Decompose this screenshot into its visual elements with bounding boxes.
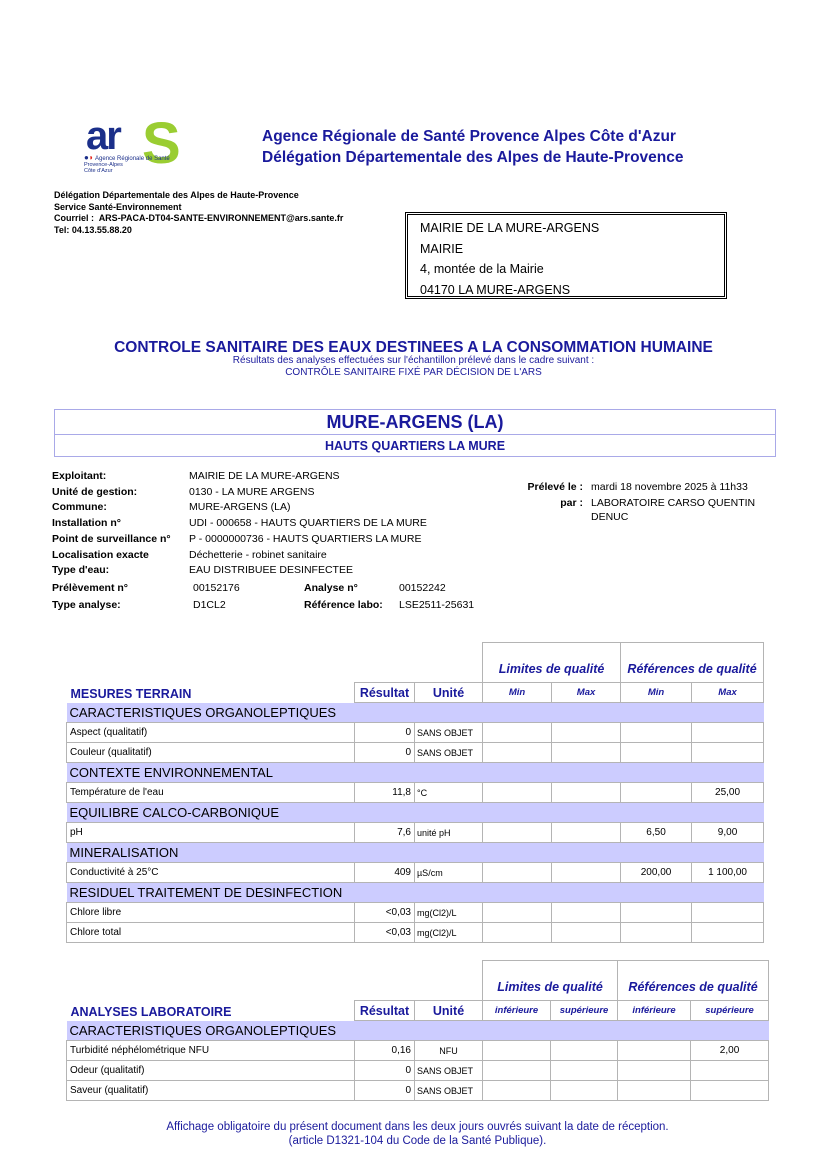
limit-min-value xyxy=(483,723,552,743)
parameter-name: Chlore total xyxy=(67,923,355,943)
sender-block: Délégation Départementale des Alpes de H… xyxy=(54,190,343,236)
sender-email: Courriel : ARS-PACA-DT04-SANTE-ENVIRONNE… xyxy=(54,213,343,225)
commune-title: MURE-ARGENS (LA) xyxy=(55,410,775,435)
limits-group-header: Limites de qualité xyxy=(483,643,621,683)
sender-phone: Tel: 04.13.55.88.20 xyxy=(54,225,343,237)
reference-min-value xyxy=(621,923,692,943)
reference-min-value: 6,50 xyxy=(621,823,692,843)
parameter-name: Température de l'eau xyxy=(67,783,355,803)
lim-inf-header: inférieure xyxy=(483,1001,551,1021)
commune-value: MURE-ARGENS (LA) xyxy=(189,500,427,516)
exploitant-value: MAIRIE DE LA MURE-ARGENS xyxy=(189,469,427,485)
limit-min-value xyxy=(483,1041,551,1061)
section-title: CONTEXTE ENVIRONNEMENTAL xyxy=(67,763,764,783)
result-value: 0 xyxy=(355,743,415,763)
limit-max-value xyxy=(552,923,621,943)
unite-value: 0130 - LA MURE ARGENS xyxy=(189,485,427,501)
lim-max-header: Max xyxy=(552,683,621,703)
result-value: 11,8 xyxy=(355,783,415,803)
table-row: Température de l'eau11,8°C25,00 xyxy=(67,783,764,803)
unit-header: Unité xyxy=(415,1001,483,1021)
logo-tagline: ●◗ Agence Régionale de Santé xyxy=(84,153,170,162)
unit-value: mg(Cl2)/L xyxy=(415,903,483,923)
limit-min-value xyxy=(483,923,552,943)
preleve-le-value: mardi 18 novembre 2025 à 11h33 xyxy=(591,481,748,493)
reference-min-value: 200,00 xyxy=(621,863,692,883)
place-box: MURE-ARGENS (LA) HAUTS QUARTIERS LA MURE xyxy=(54,409,776,457)
agency-line-2: Délégation Départementale des Alpes de H… xyxy=(262,147,684,168)
section-header: RESIDUEL TRAITEMENT DE DESINFECTION xyxy=(67,883,764,903)
result-value: 409 xyxy=(355,863,415,883)
info-values: MAIRIE DE LA MURE-ARGENS 0130 - LA MURE … xyxy=(189,469,427,579)
reference-min-value xyxy=(621,783,692,803)
section-header: CARACTERISTIQUES ORGANOLEPTIQUES xyxy=(67,1021,769,1041)
preleve-le-label: Prélevé le : xyxy=(500,481,583,493)
limit-min-value xyxy=(483,1061,551,1081)
section-title: CARACTERISTIQUES ORGANOLEPTIQUES xyxy=(67,1021,769,1041)
footer-notice: Affichage obligatoire du présent documen… xyxy=(0,1120,827,1148)
table-row: Conductivité à 25°C409µS/cm200,001 100,0… xyxy=(67,863,764,883)
section-header: MINERALISATION xyxy=(67,843,764,863)
parameter-name: Saveur (qualitatif) xyxy=(67,1081,355,1101)
ref-min-header: Min xyxy=(621,683,692,703)
result-header: Résultat xyxy=(355,683,415,703)
unit-value: °C xyxy=(415,783,483,803)
result-header: Résultat xyxy=(355,1001,415,1021)
references-group-header: Références de qualité xyxy=(618,961,769,1001)
section-header: EQUILIBRE CALCO-CARBONIQUE xyxy=(67,803,764,823)
limit-max-value xyxy=(552,823,621,843)
limits-group-header: Limites de qualité xyxy=(483,961,618,1001)
reference-min-value xyxy=(618,1061,691,1081)
limit-min-value xyxy=(483,863,552,883)
parameter-name: Chlore libre xyxy=(67,903,355,923)
logo-region: Provence-Alpes Côte d'Azur xyxy=(84,162,123,174)
ref-labo-value: LSE2511-25631 xyxy=(399,599,474,611)
table-row: Chlore total<0,03mg(Cl2)/L xyxy=(67,923,764,943)
reference-max-value xyxy=(692,723,764,743)
control-type: CONTRÔLE SANITAIRE FIXÉ PAR DÉCISION DE … xyxy=(0,367,827,378)
lim-min-header: Min xyxy=(483,683,552,703)
reference-max-value: 1 100,00 xyxy=(692,863,764,883)
limit-max-value xyxy=(552,903,621,923)
limit-min-value xyxy=(483,1081,551,1101)
table-row: pH7,6unité pH6,509,00 xyxy=(67,823,764,843)
lim-sup-header: supérieure xyxy=(551,1001,618,1021)
logo-s-text: S xyxy=(142,110,181,177)
unit-value: SANS OBJET xyxy=(415,743,483,763)
reference-max-value: 9,00 xyxy=(692,823,764,843)
result-value: 7,6 xyxy=(355,823,415,843)
reference-min-value xyxy=(618,1041,691,1061)
reference-max-value xyxy=(691,1081,769,1101)
localisation-value: Déchetterie - robinet sanitaire xyxy=(189,548,427,564)
reference-max-value: 25,00 xyxy=(692,783,764,803)
email-link[interactable]: ARS-PACA-DT04-SANTE-ENVIRONNEMENT@ars.sa… xyxy=(99,213,344,223)
table-row: Turbidité néphélométrique NFU0,16NFU2,00 xyxy=(67,1041,769,1061)
unit-value: SANS OBJET xyxy=(415,1081,483,1101)
ref-sup-header: supérieure xyxy=(691,1001,769,1021)
agency-title: Agence Régionale de Santé Provence Alpes… xyxy=(262,126,684,168)
document-subtitle: Résultats des analyses effectuées sur l'… xyxy=(0,355,827,366)
parameter-name: Turbidité néphélométrique NFU xyxy=(67,1041,355,1061)
reference-min-value xyxy=(621,723,692,743)
limit-max-value xyxy=(551,1081,618,1101)
ref-inf-header: inférieure xyxy=(618,1001,691,1021)
parameter-name: Aspect (qualitatif) xyxy=(67,723,355,743)
result-value: 0 xyxy=(355,723,415,743)
terrain-title: MESURES TERRAIN xyxy=(67,683,355,703)
references-group-header: Références de qualité xyxy=(621,643,764,683)
limit-min-value xyxy=(483,743,552,763)
reference-min-value xyxy=(621,743,692,763)
ars-logo: ar S ●◗ Agence Régionale de Santé Proven… xyxy=(82,120,202,178)
point-value: P - 0000000736 - HAUTS QUARTIERS LA MURE xyxy=(189,532,427,548)
table-row: Odeur (qualitatif)0SANS OBJET xyxy=(67,1061,769,1081)
info-labels: Exploitant: Unité de gestion: Commune: I… xyxy=(52,469,171,579)
analyse-value: 00152242 xyxy=(399,582,446,594)
result-value: <0,03 xyxy=(355,923,415,943)
limit-max-value xyxy=(551,1061,618,1081)
unit-value: unité pH xyxy=(415,823,483,843)
unit-title: HAUTS QUARTIERS LA MURE xyxy=(55,435,775,457)
agency-line-1: Agence Régionale de Santé Provence Alpes… xyxy=(262,126,684,147)
reference-min-value xyxy=(618,1081,691,1101)
recipient-address: MAIRIE DE LA MURE-ARGENS MAIRIE 4, monté… xyxy=(405,212,727,299)
limit-min-value xyxy=(483,783,552,803)
prelevement-value: 00152176 xyxy=(193,582,240,594)
table-row: Aspect (qualitatif)0SANS OBJET xyxy=(67,723,764,743)
par-label: par : xyxy=(500,497,583,509)
section-title: MINERALISATION xyxy=(67,843,764,863)
labo-table: Limites de qualité Références de qualité… xyxy=(66,960,769,1101)
prelevement-label: Prélèvement n° xyxy=(52,582,128,594)
result-value: 0 xyxy=(355,1061,415,1081)
limit-max-value xyxy=(552,863,621,883)
unit-value: NFU xyxy=(415,1041,483,1061)
type-eau-value: EAU DISTRIBUEE DESINFECTEE xyxy=(189,563,427,579)
section-title: EQUILIBRE CALCO-CARBONIQUE xyxy=(67,803,764,823)
reference-max-value xyxy=(691,1061,769,1081)
par-value: LABORATOIRE CARSO QUENTIN DENUC xyxy=(591,497,764,524)
result-value: 0 xyxy=(355,1081,415,1101)
section-title: RESIDUEL TRAITEMENT DE DESINFECTION xyxy=(67,883,764,903)
limit-max-value xyxy=(552,743,621,763)
limit-max-value xyxy=(551,1041,618,1061)
red-dot-icon: ◗ xyxy=(89,153,94,162)
ref-labo-label: Référence labo: xyxy=(304,599,383,611)
section-title: CARACTERISTIQUES ORGANOLEPTIQUES xyxy=(67,703,764,723)
terrain-table: Limites de qualité Références de qualité… xyxy=(66,642,764,943)
unit-value: SANS OBJET xyxy=(415,1061,483,1081)
labo-title: ANALYSES LABORATOIRE xyxy=(67,1001,355,1021)
installation-value: UDI - 000658 - HAUTS QUARTIERS DE LA MUR… xyxy=(189,516,427,532)
reference-max-value xyxy=(692,923,764,943)
limit-max-value xyxy=(552,723,621,743)
analyse-label: Analyse n° xyxy=(304,582,358,594)
result-value: <0,03 xyxy=(355,903,415,923)
limit-min-value xyxy=(483,823,552,843)
type-analyse-value: D1CL2 xyxy=(193,599,226,611)
reference-min-value xyxy=(621,903,692,923)
section-header: CARACTERISTIQUES ORGANOLEPTIQUES xyxy=(67,703,764,723)
parameter-name: Conductivité à 25°C xyxy=(67,863,355,883)
parameter-name: pH xyxy=(67,823,355,843)
parameter-name: Odeur (qualitatif) xyxy=(67,1061,355,1081)
parameter-name: Couleur (qualitatif) xyxy=(67,743,355,763)
result-value: 0,16 xyxy=(355,1041,415,1061)
table-row: Chlore libre<0,03mg(Cl2)/L xyxy=(67,903,764,923)
ref-max-header: Max xyxy=(692,683,764,703)
type-analyse-label: Type analyse: xyxy=(52,599,121,611)
limit-min-value xyxy=(483,903,552,923)
unit-value: mg(Cl2)/L xyxy=(415,923,483,943)
reference-max-value xyxy=(692,743,764,763)
limit-max-value xyxy=(552,783,621,803)
table-row: Couleur (qualitatif)0SANS OBJET xyxy=(67,743,764,763)
reference-max-value: 2,00 xyxy=(691,1041,769,1061)
unit-value: µS/cm xyxy=(415,863,483,883)
section-header: CONTEXTE ENVIRONNEMENTAL xyxy=(67,763,764,783)
table-row: Saveur (qualitatif)0SANS OBJET xyxy=(67,1081,769,1101)
reference-max-value xyxy=(692,903,764,923)
unit-header: Unité xyxy=(415,683,483,703)
unit-value: SANS OBJET xyxy=(415,723,483,743)
